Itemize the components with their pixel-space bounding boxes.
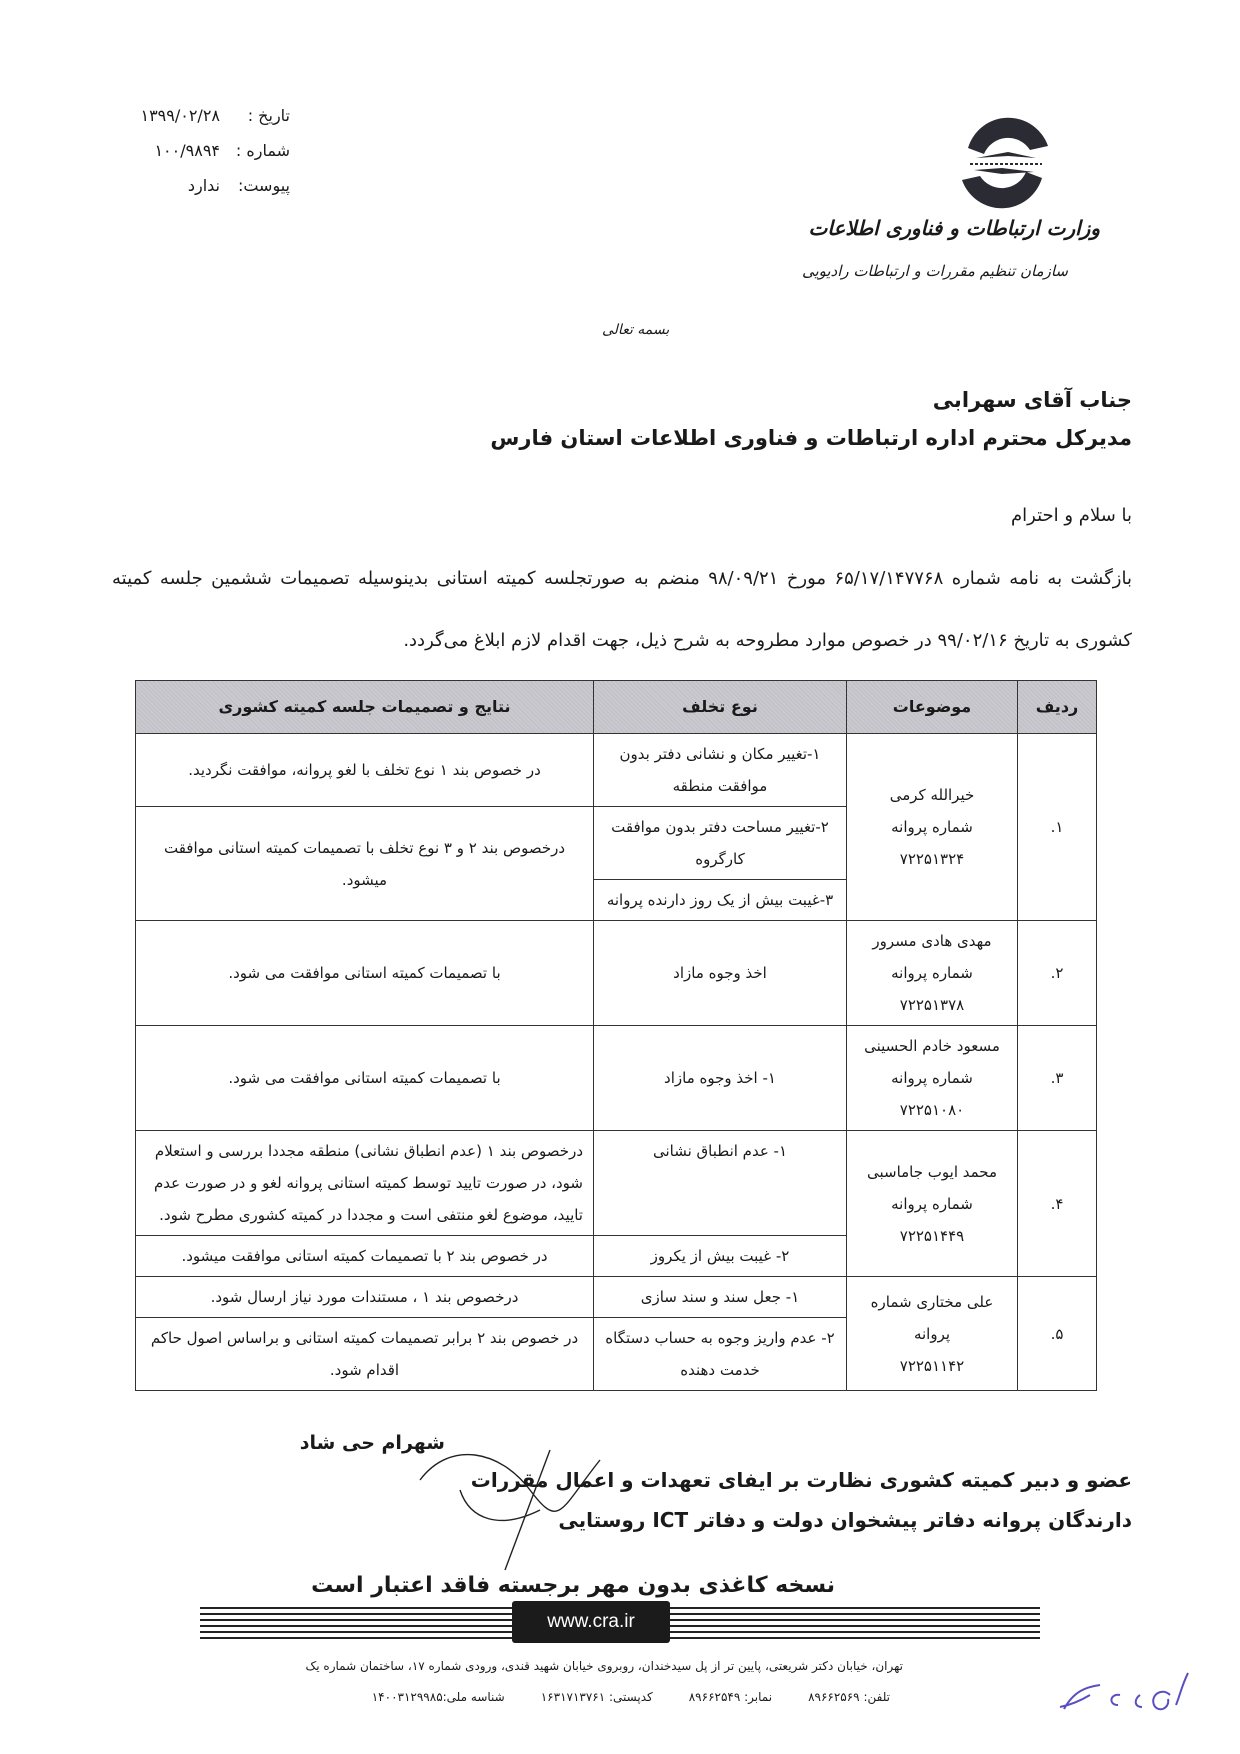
footer-phone: تلفن: ۸۹۶۶۲۵۶۹	[808, 1690, 890, 1704]
col-header-index: ردیف	[1018, 681, 1097, 734]
row-result: با تصمیمات کمیته استانی موافقت می شود.	[136, 1026, 594, 1131]
col-header-subject: موضوعات	[847, 681, 1018, 734]
row-violation: ۱- جعل سند و سند سازی	[594, 1277, 847, 1318]
table-header-row: ردیف موضوعات نوع تخلف نتایج و تصمیمات جل…	[136, 681, 1097, 734]
subject-name: مهدی هادی مسرور	[857, 925, 1007, 957]
signatory-title-line1: عضو و دبیر کمیته کشوری نظارت بر ایفای تع…	[471, 1468, 1132, 1492]
table-row: ۳. مسعود خادم الحسینی شماره پروانه ۷۲۲۵۱…	[136, 1026, 1097, 1131]
table-row: ۴. محمد ایوب جاماسبی شماره پروانه ۷۲۲۵۱۴…	[136, 1131, 1097, 1236]
row-violation: ۱-تغییر مکان و نشانی دفتر بدون موافقت من…	[594, 734, 847, 807]
number-value: ۱۰۰/۹۸۹۴	[154, 133, 220, 168]
attachment-row: پیوست: ندارد	[120, 168, 290, 203]
table-row: ۲. مهدی هادی مسرور شماره پروانه ۷۲۲۵۱۳۷۸…	[136, 921, 1097, 1026]
row-result: در خصوص بند ۲ با تصمیمات کمیته استانی مو…	[136, 1236, 594, 1277]
row-violation: ۳-غیبت بیش از یک روز دارنده پروانه	[594, 880, 847, 921]
row-result: درخصوص بند ۱ ، مستندات مورد نیاز ارسال ش…	[136, 1277, 594, 1318]
attachment-value: ندارد	[188, 168, 220, 203]
subject-license-label: شماره پروانه	[857, 1188, 1007, 1220]
row-violation: اخذ وجوه مازاد	[594, 921, 847, 1026]
row-subject: علی مختاری شماره پروانه ۷۲۲۵۱۱۴۲	[847, 1277, 1018, 1391]
row-violation: ۱- اخذ وجوه مازاد	[594, 1026, 847, 1131]
subject-license-number: ۷۲۲۵۱۱۴۲	[857, 1350, 1007, 1382]
footer-band: www.cra.ir	[200, 1607, 1040, 1641]
subject-name: خیرالله کرمی	[857, 779, 1007, 811]
number-label: شماره :	[230, 133, 290, 168]
row-result: در خصوص بند ۲ برابر تصمیمات کمیته استانی…	[136, 1318, 594, 1391]
validity-notice: نسخه کاغذی بدون مهر برجسته فاقد اعتبار ا…	[311, 1573, 835, 1598]
subject-license-label: شماره پروانه	[857, 811, 1007, 843]
row-index: ۲.	[1018, 921, 1097, 1026]
row-result: در خصوص بند ۱ نوع تخلف با لغو پروانه، مو…	[136, 734, 594, 807]
date-label: تاریخ :	[230, 98, 290, 133]
row-subject: خیرالله کرمی شماره پروانه ۷۲۲۵۱۳۲۴	[847, 734, 1018, 921]
addressee-title: مدیرکل محترم اداره ارتباطات و فناوری اطل…	[490, 426, 1132, 450]
footer-postal-code: کدپستی: ۱۶۳۱۷۱۳۷۶۱	[541, 1690, 653, 1704]
row-index: ۱.	[1018, 734, 1097, 921]
row-subject: محمد ایوب جاماسبی شماره پروانه ۷۲۲۵۱۴۴۹	[847, 1131, 1018, 1277]
col-header-results: نتایج و تصمیمات جلسه کمیته کشوری	[136, 681, 594, 734]
subject-name: محمد ایوب جاماسبی	[857, 1156, 1007, 1188]
date-value: ۱۳۹۹/۰۲/۲۸	[140, 98, 220, 133]
row-violation: ۲-تغییر مساحت دفتر بدون موافقت کارگروه	[594, 807, 847, 880]
subject-name: مسعود خادم الحسینی	[857, 1030, 1007, 1062]
table-row: ۱. خیرالله کرمی شماره پروانه ۷۲۲۵۱۳۲۴ ۱-…	[136, 734, 1097, 807]
greeting: با سلام و احترام	[1011, 505, 1132, 526]
row-index: ۴.	[1018, 1131, 1097, 1277]
invocation: بسمه تعالی	[602, 322, 669, 338]
letter-meta: تاریخ : ۱۳۹۹/۰۲/۲۸ شماره : ۱۰۰/۹۸۹۴ پیوس…	[120, 98, 290, 203]
subject-license-label: شماره پروانه	[857, 1062, 1007, 1094]
body-paragraph: بازگشت به نامه شماره ۶۵/۱۷/۱۴۷۷۶۸ مورخ ۹…	[112, 548, 1132, 672]
signatory-title-line2: دارندگان پروانه دفاتر پیشخوان دولت و دفا…	[558, 1508, 1132, 1532]
row-result: درخصوص بند ۱ (عدم انطباق نشانی) منطقه مج…	[136, 1131, 594, 1236]
website-link[interactable]: www.cra.ir	[512, 1601, 670, 1643]
footer-contact: تلفن: ۸۹۶۶۲۵۶۹ نمابر: ۸۹۶۶۲۵۴۹ کدپستی: ۱…	[372, 1690, 890, 1704]
subject-license-number: ۷۲۲۵۱۳۲۴	[857, 843, 1007, 875]
handwritten-note	[1050, 1665, 1200, 1720]
signatory-name: شهرام حی شاد	[300, 1432, 445, 1454]
row-subject: مسعود خادم الحسینی شماره پروانه ۷۲۲۵۱۰۸۰	[847, 1026, 1018, 1131]
subject-license-label: شماره پروانه	[857, 957, 1007, 989]
attachment-label: پیوست:	[230, 168, 290, 203]
subject-license-number: ۷۲۲۵۱۴۴۹	[857, 1220, 1007, 1252]
row-violation: ۱- عدم انطباق نشانی	[594, 1131, 847, 1236]
ministry-name: وزارت ارتباطات و فناوری اطلاعات	[808, 216, 1100, 240]
row-result: با تصمیمات کمیته استانی موافقت می شود.	[136, 921, 594, 1026]
col-header-violation: نوع تخلف	[594, 681, 847, 734]
subject-name: علی مختاری شماره پروانه	[857, 1286, 1007, 1350]
subject-license-number: ۷۲۲۵۱۳۷۸	[857, 989, 1007, 1021]
subject-license-number: ۷۲۲۵۱۰۸۰	[857, 1094, 1007, 1126]
organization-name: سازمان تنظیم مقررات و ارتباطات رادیویی	[802, 262, 1068, 280]
addressee-name: جناب آقای سهرابی	[933, 388, 1132, 412]
row-result: درخصوص بند ۲ و ۳ نوع تخلف با تصمیمات کمی…	[136, 807, 594, 921]
row-violation: ۲- عدم واریز وجوه به حساب دستگاه خدمت ده…	[594, 1318, 847, 1391]
row-index: ۵.	[1018, 1277, 1097, 1391]
table-row: ۵. علی مختاری شماره پروانه ۷۲۲۵۱۱۴۲ ۱- ج…	[136, 1277, 1097, 1318]
cra-logo-icon	[950, 108, 1060, 218]
decisions-table: ردیف موضوعات نوع تخلف نتایج و تصمیمات جل…	[135, 680, 1097, 1391]
footer-fax: نمابر: ۸۹۶۶۲۵۴۹	[689, 1690, 772, 1704]
footer-address: تهران، خیابان دکتر شریعتی، پایین تر از پ…	[306, 1659, 903, 1673]
footer-national-id: شناسه ملی:۱۴۰۰۳۱۲۹۹۸۵	[372, 1690, 505, 1704]
number-row: شماره : ۱۰۰/۹۸۹۴	[120, 133, 290, 168]
row-violation: ۲- غیبت بیش از یکروز	[594, 1236, 847, 1277]
row-subject: مهدی هادی مسرور شماره پروانه ۷۲۲۵۱۳۷۸	[847, 921, 1018, 1026]
row-index: ۳.	[1018, 1026, 1097, 1131]
date-row: تاریخ : ۱۳۹۹/۰۲/۲۸	[120, 98, 290, 133]
